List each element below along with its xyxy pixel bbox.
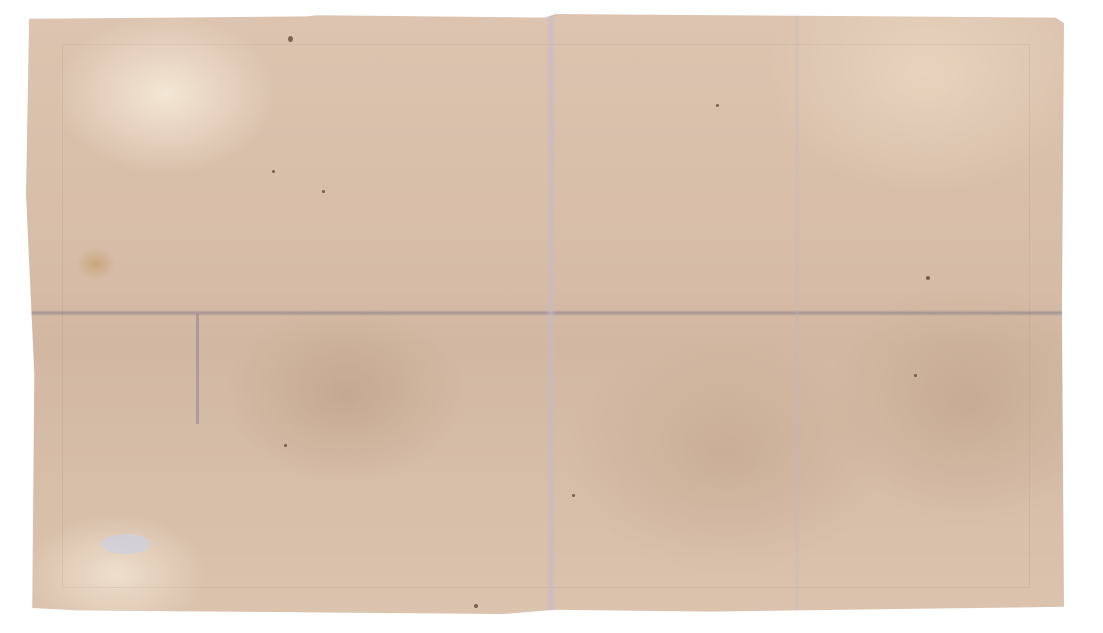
banknote-back: [26, 14, 1064, 614]
ink-speck: [474, 604, 478, 608]
ink-speck: [572, 494, 575, 497]
vertical-fold-crease: [546, 14, 556, 614]
ink-speck: [284, 444, 287, 447]
horizontal-fold-crease: [26, 310, 1064, 316]
pale-stain: [101, 534, 151, 554]
ink-speck: [272, 170, 275, 173]
faint-crease: [794, 14, 800, 614]
ink-speck: [926, 276, 930, 280]
small-crease: [196, 314, 199, 424]
ink-speck: [716, 104, 719, 107]
ink-speck: [322, 190, 325, 193]
ink-speck: [914, 374, 917, 377]
ink-speck: [288, 36, 293, 42]
